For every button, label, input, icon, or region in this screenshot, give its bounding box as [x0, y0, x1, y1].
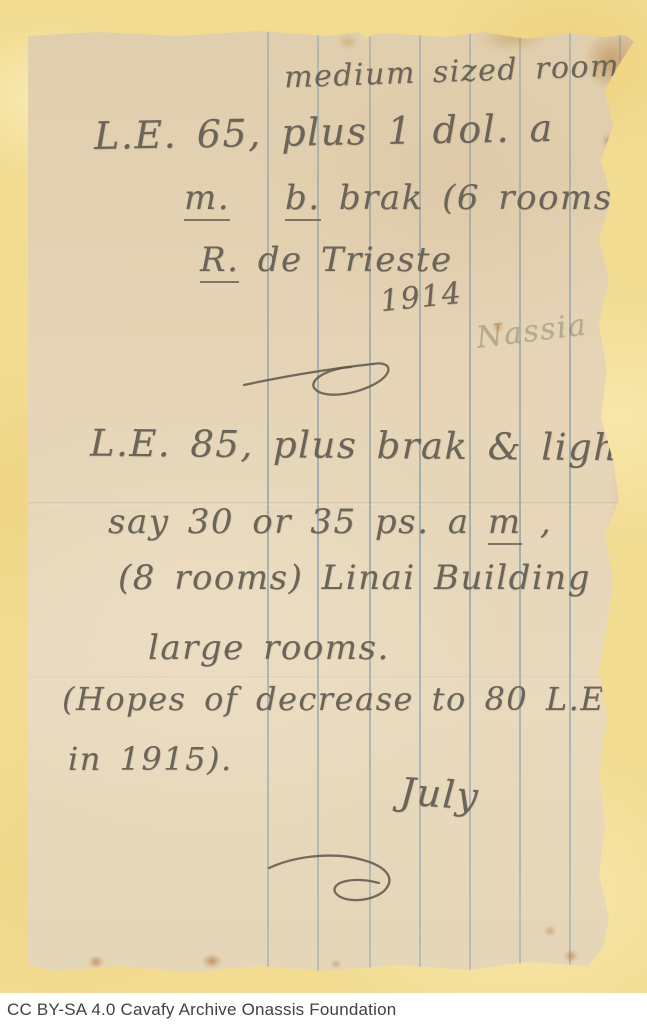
ruled-line: [317, 30, 319, 972]
license-bar: CC BY-SA 4.0 Cavafy Archive Onassis Foun…: [0, 993, 647, 1026]
hopes-2-text: in 1915).: [68, 740, 233, 778]
rent-2-text: L.E. 85, plus brak & light: [90, 422, 635, 470]
ruled-line: [469, 30, 471, 972]
abbrev-b: b.: [285, 178, 321, 221]
handwriting-line-year: 1914: [378, 276, 464, 319]
faint-name-text: Nassia: [474, 307, 589, 355]
street-rest: de Trieste: [258, 240, 453, 280]
rent-1-text: L.E. 65, plus 1 dol. a: [94, 106, 554, 158]
ruled-line: [419, 30, 421, 972]
stain-spot: [602, 134, 618, 148]
fold-crease: [28, 676, 636, 679]
ruled-line: [369, 30, 371, 972]
stain-spot: [544, 926, 556, 936]
divider-flourish: [265, 848, 410, 910]
handwriting-line-large-rooms: large rooms.: [148, 628, 390, 668]
handwriting-line-rent-1: L.E. 65, plus 1 dol. a: [94, 106, 554, 158]
handwriting-line-rooms: (8 rooms) Linai Building: [118, 558, 591, 598]
stain-spot: [564, 950, 578, 962]
month-text: July: [399, 769, 481, 818]
abbrev-r: R.: [200, 240, 239, 283]
license-text: CC BY-SA 4.0 Cavafy Archive Onassis Foun…: [7, 1000, 396, 1020]
year-text: 1914: [378, 276, 464, 319]
ruled-line: [569, 30, 571, 972]
space: [248, 178, 266, 218]
rent-2b-post: ,: [540, 502, 552, 542]
handwriting-line-rent-1b: m. b. brak (6 rooms): [184, 178, 627, 218]
handwriting-line-faint-name: Nassia: [474, 307, 589, 355]
handwriting-line-rent-2: L.E. 85, plus brak & light: [90, 422, 635, 470]
handwriting-line-header: medium sized rooms.: [284, 48, 647, 96]
ruled-line: [619, 30, 621, 972]
stain-spot: [338, 34, 358, 50]
abbrev-m: m.: [184, 178, 230, 221]
handwriting-line-hopes-1: (Hopes of decrease to 80 L.E.: [62, 680, 617, 718]
scanned-document: medium sized rooms. L.E. 65, plus 1 dol.…: [0, 0, 647, 1026]
ruled-line: [267, 30, 269, 972]
handwriting-line-rent-2b: say 30 or 35 ps. a m ,: [108, 502, 552, 542]
divider-flourish: [241, 343, 396, 405]
note-paper: medium sized rooms. L.E. 65, plus 1 dol.…: [28, 30, 636, 972]
handwriting-line-street: R. de Trieste: [200, 240, 453, 280]
stain-spot: [88, 956, 104, 968]
handwriting-line-month: July: [399, 769, 481, 818]
hopes-1-text: (Hopes of decrease to 80 L.E.: [62, 680, 617, 718]
stain-spot: [331, 960, 341, 968]
rent-2b-pre: say 30 or 35 ps. a: [108, 502, 488, 542]
ruled-line: [519, 30, 521, 972]
header-text: medium sized rooms.: [284, 48, 647, 96]
torn-edge-tint: [610, 30, 636, 972]
large-rooms-text: large rooms.: [148, 628, 390, 668]
handwriting-line-hopes-2: in 1915).: [68, 740, 233, 778]
scan-background: medium sized rooms. L.E. 65, plus 1 dol.…: [0, 0, 647, 993]
rooms-text: (8 rooms) Linai Building: [118, 558, 591, 598]
stain-spot: [202, 954, 222, 968]
rent-1b-rest: brak (6 rooms): [339, 178, 628, 218]
stain-spot: [476, 26, 548, 52]
abbrev-month: m: [488, 502, 522, 545]
